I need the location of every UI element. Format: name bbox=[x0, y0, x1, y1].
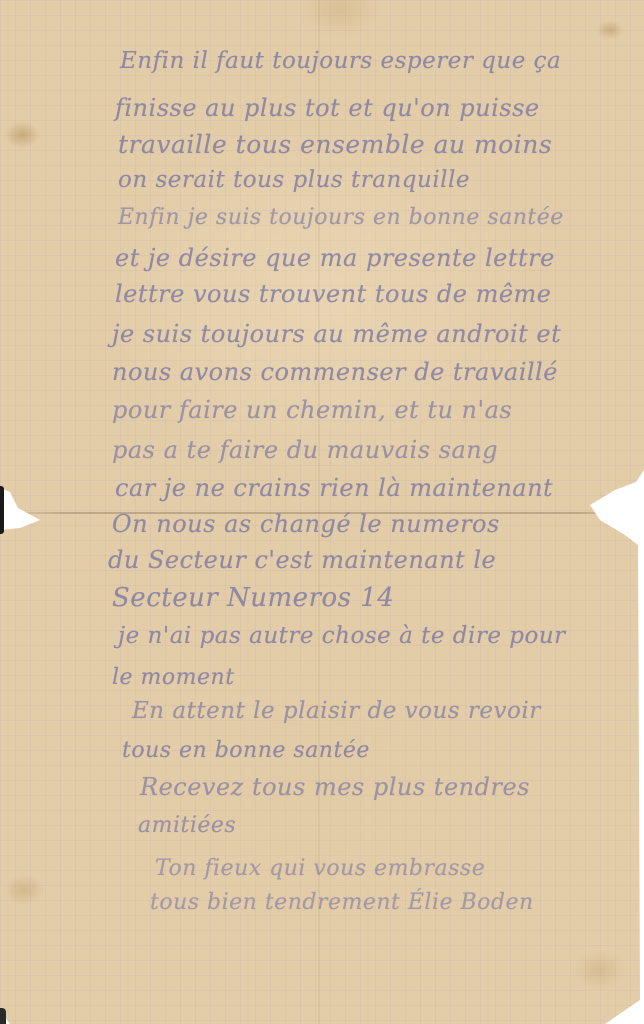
handwritten-text: Enfin il faut toujours esperer que ça fi… bbox=[0, 0, 644, 1024]
letter-line: tous en bonne santée bbox=[122, 738, 370, 763]
letter-line: Secteur Numeros 14 bbox=[112, 583, 394, 613]
letter-line: nous avons commenser de travaillé bbox=[112, 358, 558, 386]
letter-line: je suis toujours au même androit et bbox=[112, 320, 561, 348]
letter-line: En attent le plaisir de vous revoir bbox=[132, 698, 541, 724]
letter-line: travaille tous ensemble au moins bbox=[118, 130, 552, 159]
letter-line: Ton fieux qui vous embrasse bbox=[155, 856, 485, 881]
letter-line: le moment bbox=[112, 665, 235, 690]
letter-line: du Secteur c'est maintenant le bbox=[108, 546, 496, 574]
letter-line: Recevez tous mes plus tendres bbox=[140, 773, 530, 801]
letter-line: On nous as changé le numeros bbox=[112, 510, 500, 538]
letter-line: finisse au plus tot et qu'on puisse bbox=[115, 94, 540, 122]
signature-line: tous bien tendrement Élie Boden bbox=[150, 890, 534, 915]
letter-line: car je ne crains rien là maintenant bbox=[115, 474, 553, 502]
letter-line: lettre vous trouvent tous de même bbox=[115, 280, 552, 308]
letter-line: pas a te faire du mauvais sang bbox=[112, 436, 498, 464]
letter-line: on serait tous plus tranquille bbox=[118, 167, 470, 193]
letter-line: amitiées bbox=[138, 813, 236, 838]
letter-line: je n'ai pas autre chose à te dire pour bbox=[118, 623, 566, 649]
letter-line: et je désire que ma presente lettre bbox=[115, 244, 555, 272]
letter-line: Enfin je suis toujours en bonne santée bbox=[118, 205, 564, 230]
letter-line: Enfin il faut toujours esperer que ça bbox=[120, 48, 561, 74]
letter-line: pour faire un chemin, et tu n'as bbox=[112, 396, 512, 424]
